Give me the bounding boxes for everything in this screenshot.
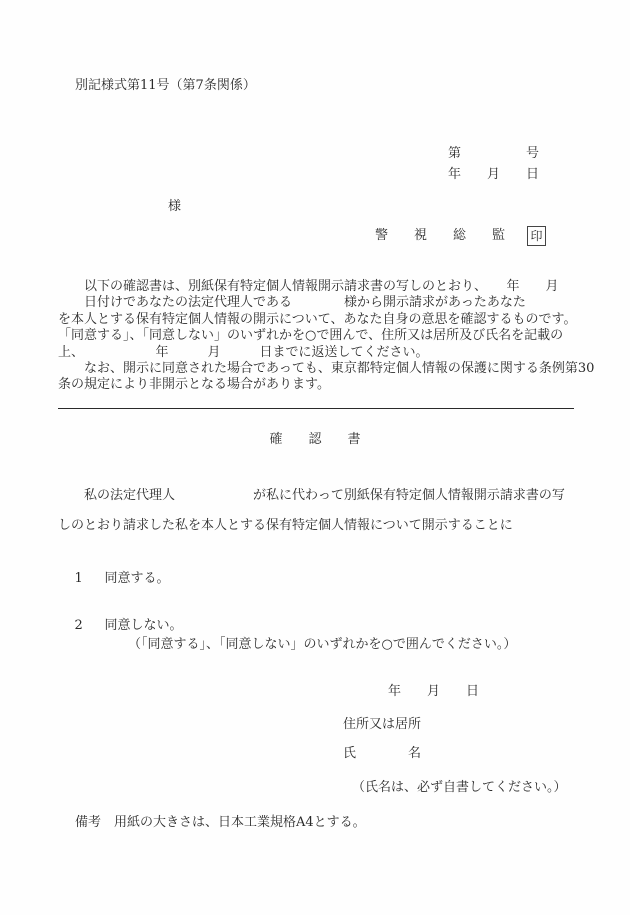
intro-line: を本人とする保有特定個人情報の開示について、あなた自身の意思を確認するものです。 [58,312,578,328]
document-page: 別記様式第11号（第7条関係） 第 号 年 月 日 様 警 視 総 監 印 以下… [0,0,630,915]
intro-line: 上、 年 月 日までに返送してください。 [58,345,578,361]
choice-number: 1 [75,571,105,587]
choice-number: 2 [75,618,105,634]
choice-instruction-note: （「同意する」、「同意しない」のいずれかを○で囲んでください。） [128,637,516,653]
intro-line: なお、開示に同意された場合であっても、東京都特定個人情報の保護に関する条例第30 [58,361,578,377]
issue-date-line: 年 月 日 [448,167,539,183]
choice-label: 同意しない。 [105,618,183,633]
remarks-line: 備考 用紙の大きさは、日本工業規格A4とする。 [75,815,366,831]
intro-line: 条の規定により非開示となる場合があります。 [58,377,578,393]
addressee-honorific: 様 [168,199,181,215]
issuer-title: 警 視 総 監 [375,228,505,244]
intro-paragraph: 以下の確認書は、別紙保有特定個人情報開示請求書の写しのとおり、 年 月 日付けで… [58,279,578,394]
signature-address-label: 住所又は居所 [343,717,421,733]
document-number-line: 第 号 [448,146,539,162]
document-title: 確 認 書 [0,428,630,447]
intro-line: 以下の確認書は、別紙保有特定個人情報開示請求書の写しのとおり、 年 月 [58,279,578,295]
signature-name-label: 氏 名 [343,746,421,762]
body-line: 私の法定代理人 が私に代わって別紙保有特定個人情報開示請求書の写 [58,481,578,511]
intro-line: 「同意する」、「同意しない」のいずれかを○で囲んで、住所又は居所及び氏名を記載の [58,328,578,344]
intro-line: 日付けであなたの法定代理人である 様から開示請求があったあなた [58,295,578,311]
choice-agree: 1同意する。 [58,555,170,604]
signature-date-line: 年 月 日 [388,684,479,700]
choice-label: 同意する。 [105,571,170,586]
body-line: しのとおり請求した私を本人とする保有特定個人情報について開示することに [58,511,578,541]
seal-mark: 印 [527,226,546,246]
signature-name-note: （氏名は、必ず自書してください。） [352,780,567,796]
form-reference: 別記様式第11号（第7条関係） [75,78,256,94]
section-divider [58,408,574,409]
confirmation-body: 私の法定代理人 が私に代わって別紙保有特定個人情報開示請求書の写 しのとおり請求… [58,481,578,541]
